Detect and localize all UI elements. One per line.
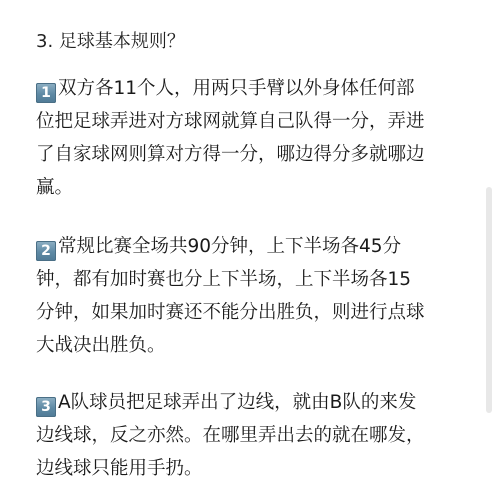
rule-line: 边线球，反之亦然。在哪里弄出去的就在哪发， <box>36 419 476 452</box>
section-heading: 3. 足球基本规则？ <box>36 28 185 56</box>
keycap-3-icon: 3 <box>36 397 56 417</box>
keycap-2-icon: 2 <box>36 241 56 261</box>
rule-paragraph-1: 1双方各11个人，用两只手臂以外身体任何部 位把足球弄进对方球网就算自己队得一分… <box>36 72 476 204</box>
rule-line: 边线球只能用手扔。 <box>36 452 476 485</box>
rule-text: 常规比赛全场共90分钟，上下半场各45分 <box>58 236 401 257</box>
rule-line: 赢。 <box>36 171 476 204</box>
rule-text: A队球员把足球弄出了边线，就由B队的来发 <box>58 392 416 413</box>
rule-line: 了自家球网则算对方得一分，哪边得分多就哪边 <box>36 138 476 171</box>
rule-paragraph-2: 2常规比赛全场共90分钟，上下半场各45分 钟，都有加时赛也分上下半场，上下半场… <box>36 230 476 362</box>
keycap-1-icon: 1 <box>36 83 56 103</box>
rule-line: 分钟，如果加时赛还不能分出胜负，则进行点球 <box>36 296 476 329</box>
rule-line: 大战决出胜负。 <box>36 329 476 362</box>
rule-text: 双方各11个人，用两只手臂以外身体任何部 <box>58 78 415 99</box>
vertical-scrollbar[interactable] <box>486 187 492 413</box>
rule-line: 2常规比赛全场共90分钟，上下半场各45分 <box>36 230 476 263</box>
rule-line: 钟，都有加时赛也分上下半场，上下半场各15 <box>36 263 476 296</box>
rule-line: 位把足球弄进对方球网就算自己队得一分，弄进 <box>36 105 476 138</box>
rule-paragraph-3: 3A队球员把足球弄出了边线，就由B队的来发 边线球，反之亦然。在哪里弄出去的就在… <box>36 386 476 485</box>
rule-line: 3A队球员把足球弄出了边线，就由B队的来发 <box>36 386 476 419</box>
rule-line: 1双方各11个人，用两只手臂以外身体任何部 <box>36 72 476 105</box>
